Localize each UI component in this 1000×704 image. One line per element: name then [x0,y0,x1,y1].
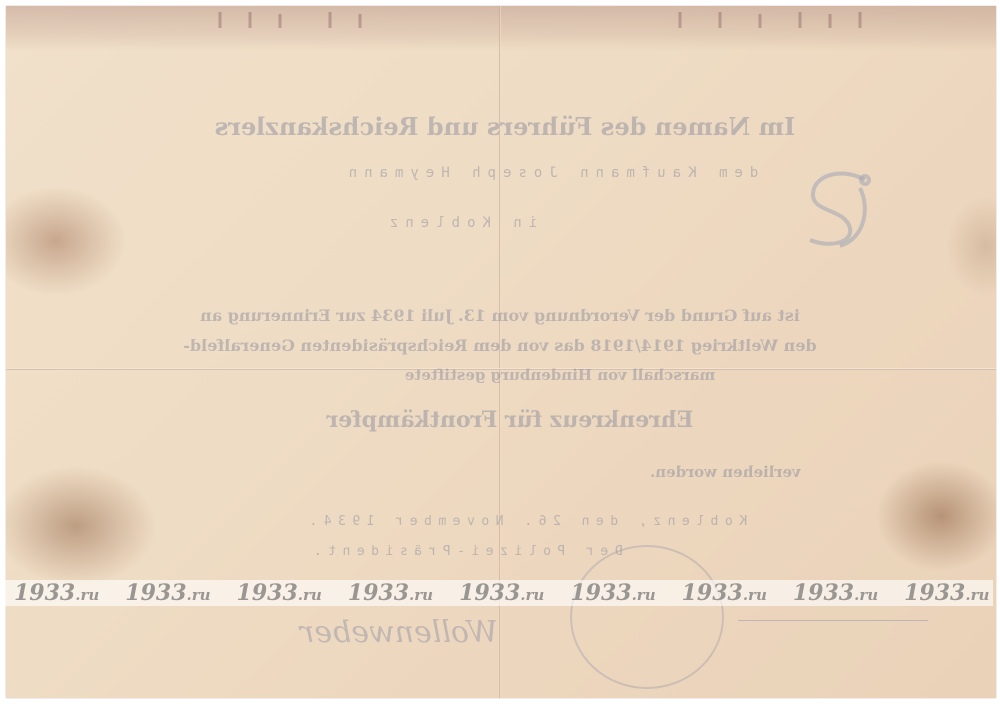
signature-rule [738,620,928,621]
certificate-heading: Im Namen des Führers und Reichskanzlers [205,112,805,141]
watermark-text: 1933.ru [14,580,99,606]
body-line-2: den Weltkrieg 1914/1918 das von dem Reic… [140,336,860,355]
top-edge-ink-bleed [40,8,980,32]
dateline: Koblenz, den 26. November 1934. [150,514,900,529]
watermark-text: 1933.ru [904,580,989,606]
watermark-text: 1933.ru [793,580,878,606]
official-seal-stamp [570,545,724,689]
recipient-line: dem Kaufmann Joseph Heymann [250,165,850,181]
award-name: Ehrenkreuz für Frontkämpfer [310,407,710,433]
ornamental-initial-icon [800,168,875,253]
body-line-3: marschall von Hindenburg gestiftete [400,366,720,384]
watermark-text: 1933.ru [237,580,322,606]
watermark-text: 1933.ru [125,580,210,606]
watermark-text: 1933.ru [682,580,767,606]
awarded-line: verliehen worden. [650,463,801,481]
watermark-text: 1933.ru [459,580,544,606]
watermark-text: 1933.ru [348,580,433,606]
signature: Wollenweber [300,615,498,650]
city-line: in Koblenz [330,215,590,231]
body-line-1: ist auf Grund der Verordnung vom 13. Jul… [140,306,860,325]
official-title: Der Polizei-Präsident. [300,544,630,559]
watermark-text: 1933.ru [570,580,655,606]
watermark-band: 1933.ru1933.ru1933.ru1933.ru1933.ru1933.… [0,580,993,606]
